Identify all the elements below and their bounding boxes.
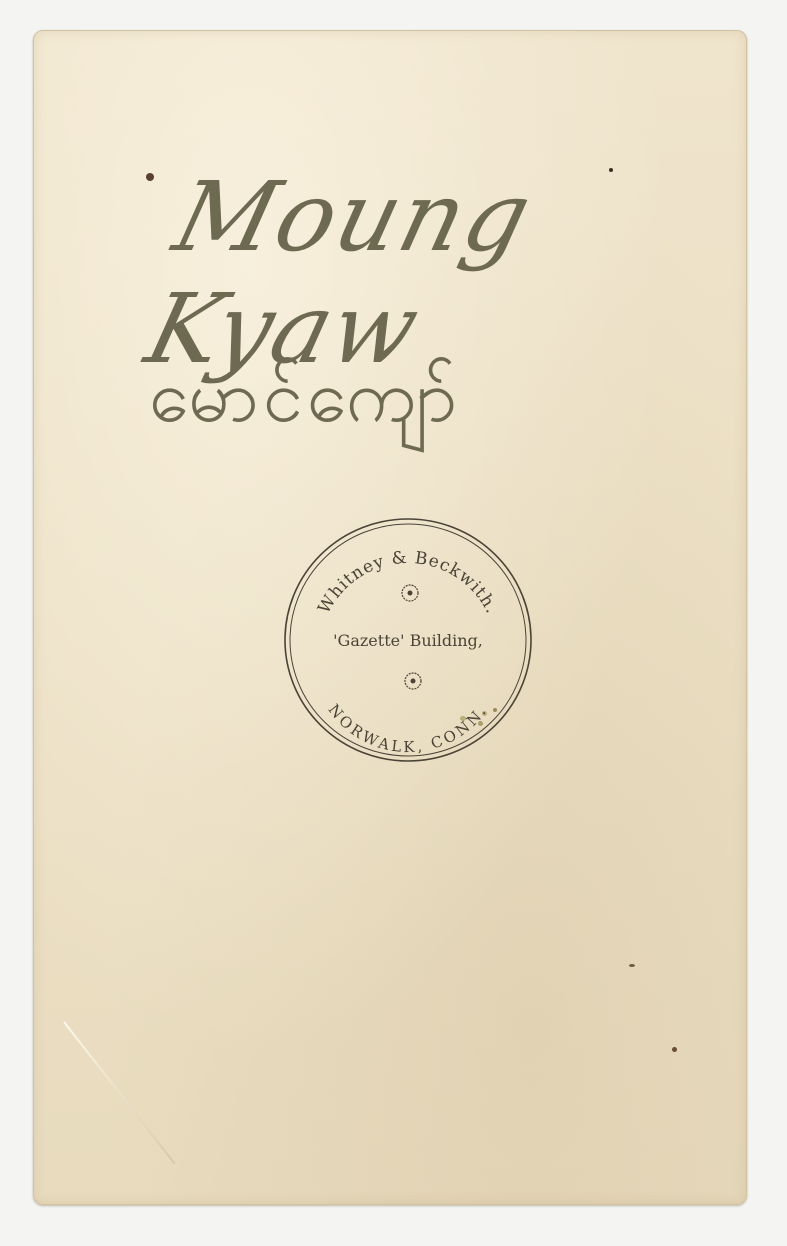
svg-text:Whitney & Beckwith.: Whitney & Beckwith. [314, 548, 502, 618]
photographer-stamp: Whitney & Beckwith. 'Gazette' Building, … [282, 516, 534, 764]
ink-spot [146, 173, 154, 181]
signature-burmese: မောင်ကျော် [149, 351, 461, 457]
stamp-bottom-text: NORWALK, CONN. [325, 701, 492, 756]
photo-card-back: Moung Kyaw မောင်ကျော် Whitney & Beckwith… [33, 30, 747, 1205]
rosette-icon [405, 673, 421, 689]
stamp-top-text: Whitney & Beckwith. [314, 548, 502, 618]
paper-crease [63, 1021, 175, 1164]
ink-spot [629, 964, 635, 967]
svg-text:NORWALK, CONN.: NORWALK, CONN. [325, 701, 492, 756]
ink-spot [672, 1047, 677, 1052]
stamp-center-text: 'Gazette' Building, [333, 631, 483, 650]
rosette-icon [402, 585, 418, 601]
